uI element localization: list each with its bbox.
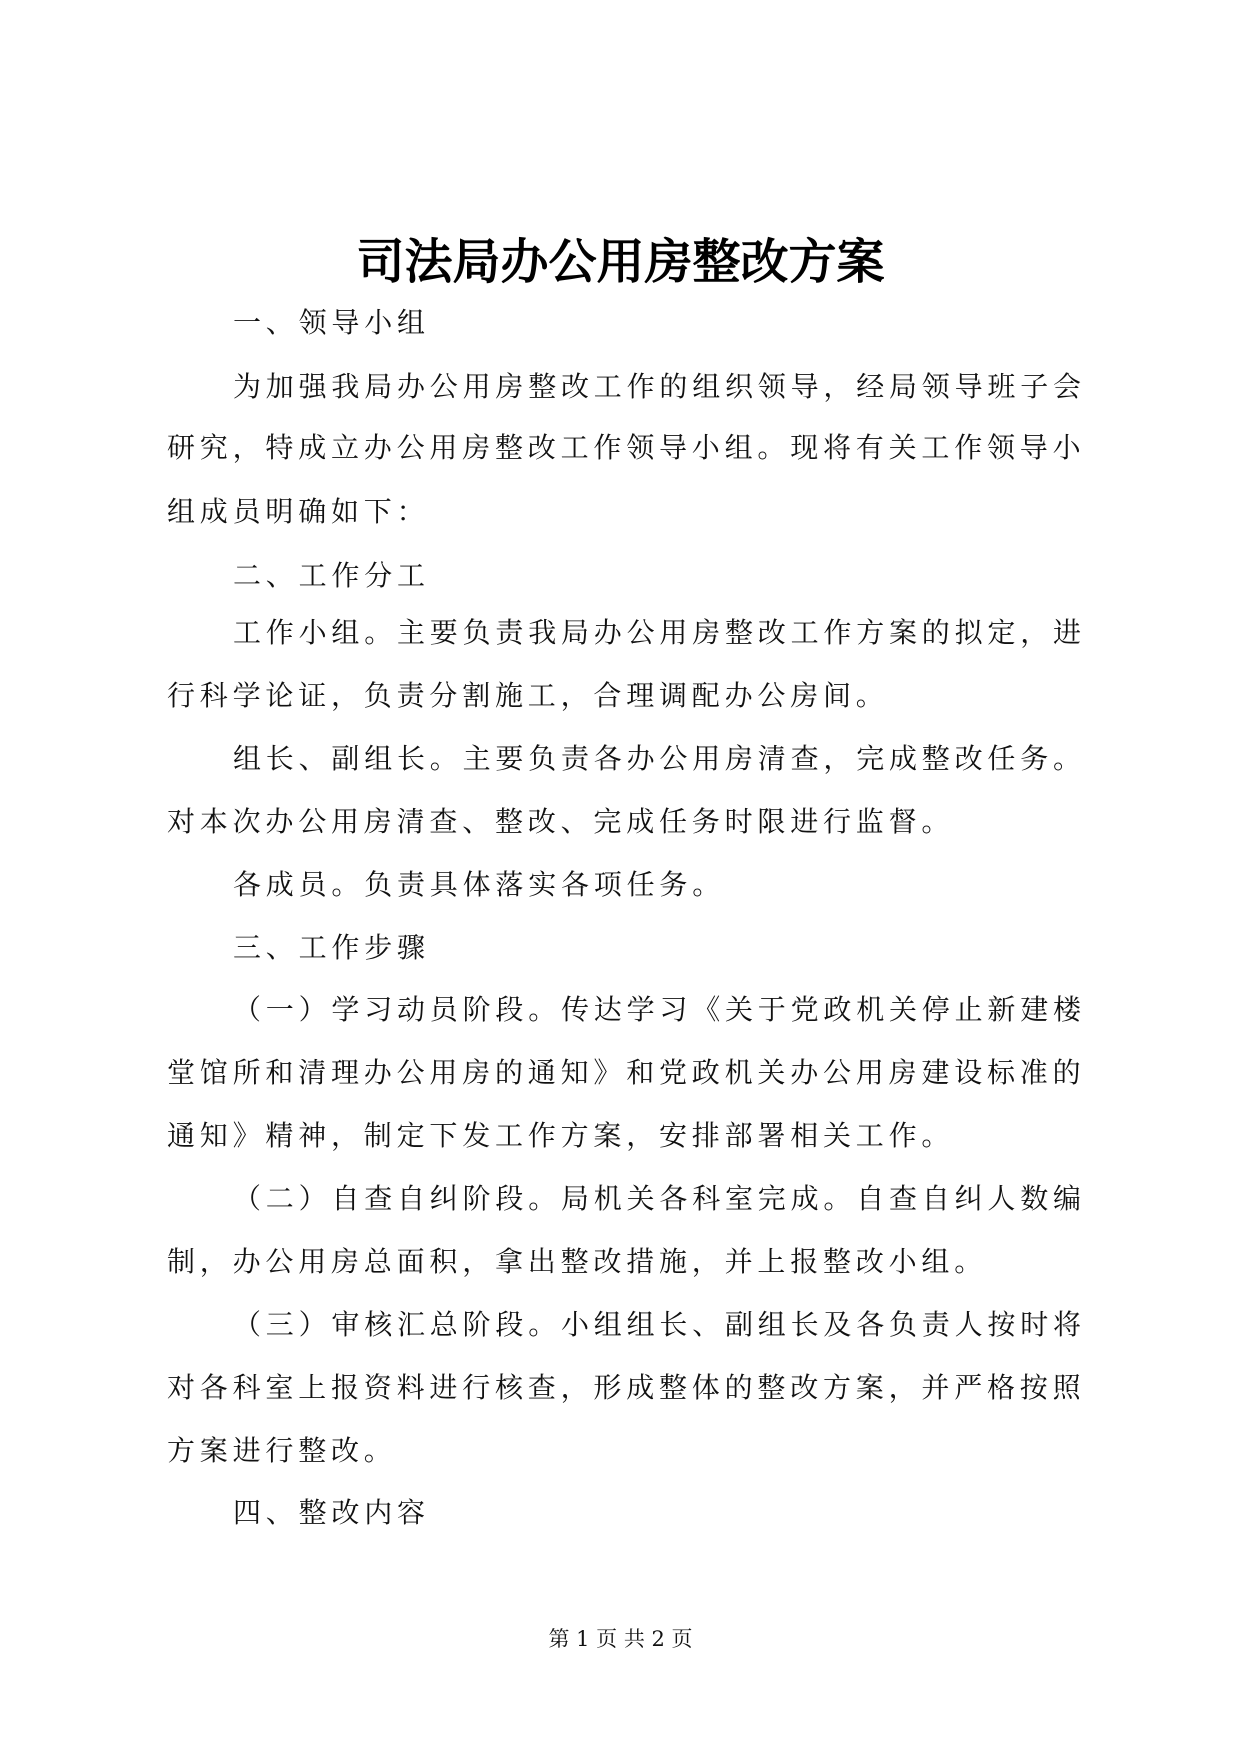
paragraph-line: （二）自查自纠阶段。局机关各科室完成。自查自纠人数编: [233, 1179, 1173, 1219]
section-heading-rectification-content: 四、整改内容: [233, 1493, 1173, 1533]
document-title: 司法局办公用房整改方案: [0, 232, 1241, 292]
paragraph-line: 各成员。负责具体落实各项任务。: [233, 865, 1173, 905]
paragraph-line: 为加强我局办公用房整改工作的组织领导，经局领导班子会: [233, 367, 1173, 407]
paragraph-line: 方案进行整改。: [167, 1431, 1107, 1471]
paragraph-line: 行科学论证，负责分割施工，合理调配办公房间。: [167, 676, 1107, 716]
document-page: 司法局办公用房整改方案 一、领导小组 为加强我局办公用房整改工作的组织领导，经局…: [0, 0, 1241, 1754]
section-heading-leadership-group: 一、领导小组: [233, 303, 1173, 343]
paragraph-line: 研究，特成立办公用房整改工作领导小组。现将有关工作领导小: [167, 428, 1107, 468]
paragraph-line: 堂馆所和清理办公用房的通知》和党政机关办公用房建设标准的: [167, 1053, 1107, 1093]
page-number-footer: 第 1 页 共 2 页: [0, 1624, 1241, 1654]
paragraph-line: 工作小组。主要负责我局办公用房整改工作方案的拟定，进: [233, 613, 1173, 653]
paragraph-line: 组成员明确如下：: [167, 492, 1107, 532]
paragraph-line: 对各科室上报资料进行核查，形成整体的整改方案，并严格按照: [167, 1368, 1107, 1408]
paragraph-line: 对本次办公用房清查、整改、完成任务时限进行监督。: [167, 802, 1107, 842]
section-heading-work-steps: 三、工作步骤: [233, 928, 1173, 968]
paragraph-line: 通知》精神，制定下发工作方案，安排部署相关工作。: [167, 1116, 1107, 1156]
paragraph-line: （三）审核汇总阶段。小组组长、副组长及各负责人按时将: [233, 1305, 1173, 1345]
section-heading-division-of-work: 二、工作分工: [233, 556, 1173, 596]
paragraph-line: 组长、副组长。主要负责各办公用房清查，完成整改任务。: [233, 739, 1173, 779]
paragraph-line: （一）学习动员阶段。传达学习《关于党政机关停止新建楼: [233, 990, 1173, 1030]
paragraph-line: 制，办公用房总面积，拿出整改措施，并上报整改小组。: [167, 1242, 1107, 1282]
